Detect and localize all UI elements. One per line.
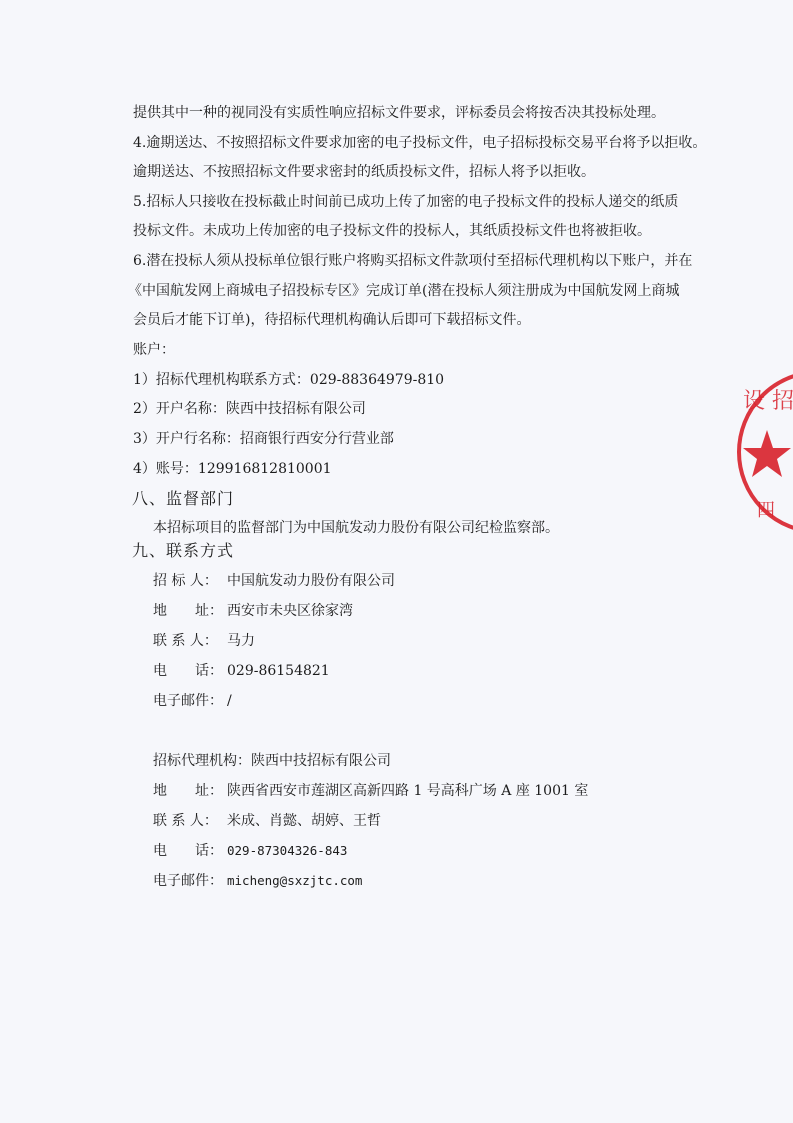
contact-row: 招 标 人：中国航发动力股份有限公司 (153, 572, 395, 590)
paragraph-line: 6.潜在投标人须从投标单位银行账户将购买招标文件款项付至招标代理机构以下账户，并… (133, 252, 692, 270)
contact-value: 西安市未央区徐家湾 (227, 603, 353, 619)
contact-label: 招标代理机构： (153, 753, 251, 769)
seal-icon: 设 招 四 (735, 368, 793, 536)
contact-value: 陕西中技招标有限公司 (251, 753, 391, 769)
contact-row: 地 址：西安市未央区徐家湾 (153, 602, 353, 620)
section-heading-supervision: 八、监督部门 (132, 489, 234, 509)
contact-row: 招标代理机构：陕西中技招标有限公司 (153, 752, 391, 770)
svg-text:设 招: 设 招 (743, 389, 793, 414)
contact-label: 电子邮件： (153, 692, 227, 710)
contact-label: 联 系 人： (153, 812, 227, 830)
account-item: 3）开户行名称：招商银行西安分行营业部 (133, 430, 394, 448)
paragraph-line: 投标文件。未成功上传加密的电子投标文件的投标人，其纸质投标文件也将被拒收。 (133, 222, 651, 240)
contact-label: 招 标 人： (153, 572, 227, 590)
contact-value: 中国航发动力股份有限公司 (227, 573, 395, 589)
contact-value: 029-87304326-843 (227, 843, 347, 858)
contact-row: 电子邮件：/ (153, 692, 232, 710)
contact-label: 电 话： (153, 842, 227, 860)
contact-label: 地 址： (153, 782, 227, 800)
paragraph-line: 《中国航发网上商城电子招投标专区》完成订单(潜在投标人须注册成为中国航发网上商城 (128, 282, 679, 300)
paragraph-line: 会员后才能下订单)，待招标代理机构确认后即可下载招标文件。 (133, 311, 530, 329)
contact-value: 米成、肖懿、胡婷、王哲 (227, 813, 381, 829)
contact-value: 陕西省西安市莲湖区高新四路 1 号高科广场 A 座 1001 室 (227, 783, 588, 799)
contact-value: 029-86154821 (227, 663, 330, 679)
contact-label: 电子邮件： (153, 872, 227, 890)
contact-label: 联 系 人： (153, 632, 227, 650)
account-item: 1）招标代理机构联系方式：029-88364979-810 (133, 371, 444, 389)
contact-value: 马力 (227, 633, 255, 649)
contact-row: 联 系 人：米成、肖懿、胡婷、王哲 (153, 812, 381, 830)
contact-row: 电子邮件：micheng@sxzjtc.com (153, 872, 362, 890)
contact-row: 电 话：029-87304326-843 (153, 842, 347, 860)
contact-row: 电 话：029-86154821 (153, 662, 330, 680)
contact-label: 电 话： (153, 662, 227, 680)
paragraph-line: 5.招标人只接收在投标截止时间前已成功上传了加密的电子投标文件的投标人递交的纸质 (133, 193, 678, 211)
supervision-text: 本招标项目的监督部门为中国航发动力股份有限公司纪检监察部。 (153, 519, 559, 537)
account-item: 4）账号：129916812810001 (133, 460, 332, 478)
contact-label: 地 址： (153, 602, 227, 620)
contact-value: micheng@sxzjtc.com (227, 873, 362, 888)
paragraph-line: 4.逾期送达、不按照招标文件要求加密的电子投标文件，电子招标投标交易平台将予以拒… (133, 134, 706, 152)
account-title: 账户： (133, 341, 175, 359)
paragraph-line: 逾期送达、不按照招标文件要求密封的纸质投标文件，招标人将予以拒收。 (133, 163, 595, 181)
contact-row: 联 系 人：马力 (153, 632, 255, 650)
company-seal-stamp: 设 招 四 (735, 368, 793, 536)
contact-row: 地 址：陕西省西安市莲湖区高新四路 1 号高科广场 A 座 1001 室 (153, 782, 588, 800)
svg-text:四: 四 (757, 500, 775, 521)
contact-value: / (227, 693, 232, 709)
account-item: 2）开户名称：陕西中技招标有限公司 (133, 400, 366, 418)
paragraph-line: 提供其中一种的视同没有实质性响应招标文件要求，评标委员会将按否决其投标处理。 (133, 104, 665, 122)
section-heading-contact: 九、联系方式 (132, 541, 234, 561)
